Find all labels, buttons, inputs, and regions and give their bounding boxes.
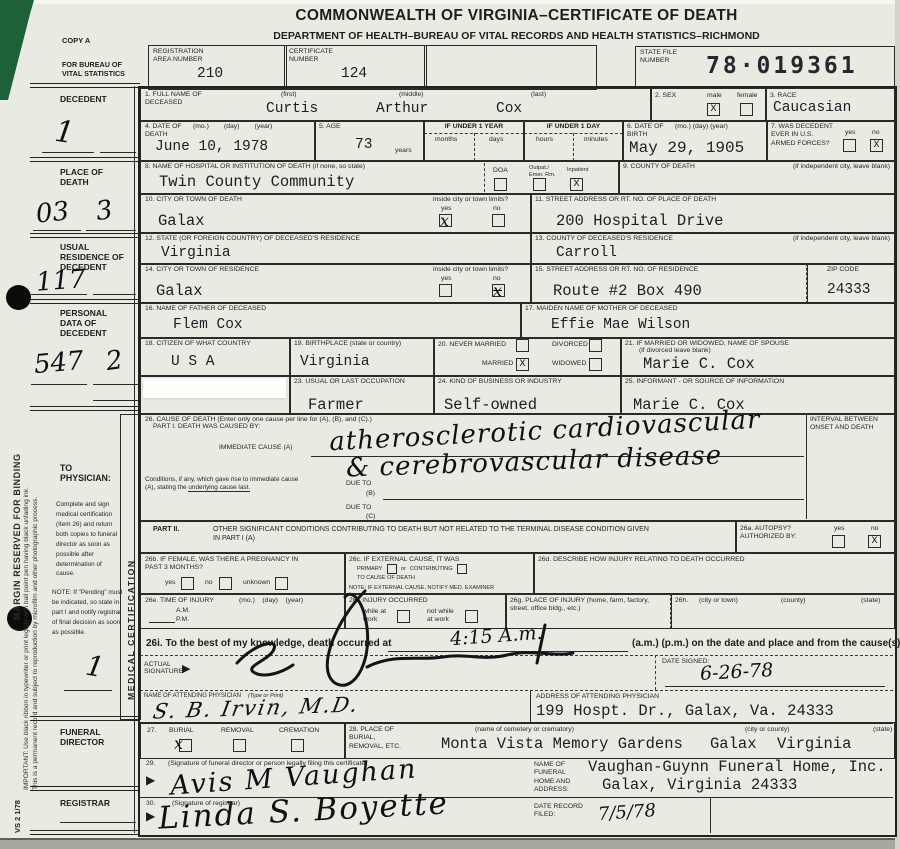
- widowed-checkbox: [589, 358, 602, 371]
- sidebar-code-line: [93, 384, 138, 385]
- margin-permanent-notice: This is a permanent record and subject t…: [32, 497, 39, 790]
- primary-label: PRIMARY: [357, 566, 382, 573]
- contributing-label: CONTRIBUTING: [410, 566, 453, 573]
- sidebar-code-line: [42, 152, 94, 153]
- sidebar-decedent-label: DECEDENT: [60, 94, 107, 104]
- first-name-value: Curtis: [266, 101, 318, 117]
- sidebar-code-line: [33, 230, 81, 231]
- registration-area-label: REGISTRATION AREA NUMBER: [153, 48, 223, 65]
- date-filed-label: DATE RECORD FILED:: [534, 803, 594, 820]
- field-birthplace: 19. BIRTHPLACE (state or country) Virgin…: [289, 337, 435, 377]
- field-place-of-burial: 28. PLACE OF BURIAL, REMOVAL, ETC. (name…: [344, 722, 895, 759]
- punch-hole-top: [6, 285, 31, 310]
- field-part2: PART II. OTHER SIGNIFICANT CONDITIONS CO…: [140, 520, 737, 554]
- interval-label: INTERVAL BETWEEN ONSET AND DEATH: [810, 416, 890, 433]
- field-cause-of-death: 26. CAUSE OF DEATH (Enter only one cause…: [140, 413, 895, 522]
- field-business: 24. KIND OF BUSINESS OR INDUSTRY Self-ow…: [433, 375, 622, 415]
- birthplace-value: Virginia: [300, 354, 370, 370]
- mother-value: Effie Mae Wilson: [551, 317, 690, 333]
- sidebar-registrar-label: REGISTRAR: [60, 798, 110, 808]
- armed-yes-checkbox: [843, 139, 856, 152]
- dob-label: 6. DATE OF BIRTH: [627, 123, 669, 140]
- cemetery-sub: (name of cemetery or crematory): [475, 726, 574, 734]
- funeral-home-name: Vaughan-Guynn Funeral Home, Inc.: [588, 758, 886, 776]
- injury-description-label: 26d. DESCRIBE HOW INJURY RELATING TO DEA…: [538, 556, 745, 564]
- field-autopsy: 26a. AUTOPSY? AUTHORIZED BY: yes no X: [735, 520, 895, 554]
- interval-divider: [806, 414, 807, 519]
- due-to-b-label: DUE TO: [346, 480, 371, 488]
- certificate-title: COMMONWEALTH OF VIRGINIA–CERTIFICATE OF …: [140, 7, 893, 25]
- outpatient-label: Outpat./ Emer. Rm.: [529, 165, 559, 179]
- county-residence-label: 13. COUNTY OF DECEASED'S RESIDENCE: [535, 235, 673, 243]
- due-to-c-label: DUE TO: [346, 504, 371, 512]
- cause-conditions-note: Conditions, if any, which gave rise to i…: [145, 476, 305, 492]
- field-occupation: 23. USUAL OR LAST OCCUPATION Farmer: [289, 375, 435, 415]
- doa-label: DOA: [493, 167, 508, 175]
- widowed-label: WIDOWED: [552, 360, 586, 368]
- physician-address-value: 199 Hospt. Dr., Galax, Va. 24333: [536, 702, 834, 720]
- business-label: 24. KIND OF BUSINESS OR INDUSTRY: [438, 378, 562, 386]
- state-residence-label: 12. STATE (OR FOREIGN COUNTRY) OF DECEAS…: [145, 235, 360, 243]
- margin-binding-notice: MARGIN RESERVED FOR BINDING: [12, 453, 22, 620]
- field-armed-forces: 7. WAS DECEDENT EVER IN U.S. ARMED FORCE…: [766, 120, 895, 162]
- sidebar-code-line: [93, 400, 138, 401]
- burial-city-sub: (city or county): [745, 726, 790, 734]
- county-death-label: 9. COUNTY OF DEATH: [623, 163, 695, 171]
- field-injury-location: 26h. (city or town) (county) (state): [670, 593, 895, 629]
- time-injury-label: 26e. TIME OF INJURY: [145, 597, 214, 605]
- never-married-label: 20. NEVER MARRIED: [438, 341, 506, 349]
- divorced-checkbox: [589, 339, 602, 352]
- injury-county-sub: (county): [781, 597, 806, 605]
- dob-value: May 29, 1905: [629, 139, 744, 157]
- certificate-number-value: 124: [341, 66, 367, 82]
- months-label: months: [435, 136, 457, 144]
- minutes-label: minutes: [584, 136, 608, 144]
- armed-yes-label: yes: [845, 129, 856, 137]
- last-name-value: Cox: [496, 101, 522, 117]
- autopsy-yes-label: yes: [834, 525, 845, 533]
- field-under-one-year: IF UNDER 1 YEAR months days: [423, 120, 525, 162]
- pm-label: P.M.: [176, 616, 189, 624]
- registration-area-value: 210: [197, 66, 223, 82]
- certificate-number-label: CERTIFICATE NUMBER: [289, 48, 349, 65]
- race-value: Caucasian: [773, 100, 851, 116]
- under-day-divider: [573, 133, 574, 161]
- form-inner-edge: [134, 86, 135, 833]
- sidebar-rule: [30, 299, 140, 304]
- field-father: 16. NAME OF FATHER OF DECEASED Flem Cox: [140, 302, 522, 339]
- field-city-of-death: 10. CITY OR TOWN OF DEATH inside city or…: [140, 193, 532, 234]
- armed-no-label: no: [872, 129, 880, 137]
- registrar-number: 30.: [146, 800, 155, 808]
- sidebar-personal-code1: 547: [33, 346, 85, 380]
- informant-label: 25. INFORMANT - OR SOURCE OF INFORMATION: [625, 378, 784, 386]
- death-occurred-suffix: (a.m.) (p.m.) on the date and place and …: [632, 638, 900, 649]
- sidebar-personal-code2: 2: [104, 345, 125, 377]
- city-residence-value: Galax: [156, 282, 203, 300]
- married-label: MARRIED: [482, 360, 513, 368]
- burial-city-value: Galax: [710, 735, 757, 753]
- immediate-cause-label: IMMEDIATE CAUSE (A): [219, 444, 293, 452]
- cremation-checkbox: [291, 739, 304, 752]
- part2-text: OTHER SIGNIFICANT CONDITIONS CONTRIBUTIN…: [213, 526, 653, 544]
- funeral-home-label: NAME OF FUNERAL HOME AND ADDRESS:: [534, 761, 586, 795]
- autopsy-label2: AUTHORIZED BY:: [740, 533, 797, 541]
- sidebar-physician-note: Complete and sign medical certification …: [56, 500, 122, 579]
- field-disposition: 27. BURIAL REMOVAL CREMATION x: [140, 722, 346, 759]
- field-fullname: 1. FULL NAME OF DECEASED (first) (middle…: [140, 88, 652, 122]
- sidebar-place-label: PLACE OF DEATH: [60, 167, 122, 187]
- field-zip: ZIP CODE 24333: [806, 263, 895, 304]
- city-death-no-checkbox: [492, 214, 505, 227]
- certificate-number-box: CERTIFICATE NUMBER 124: [284, 45, 427, 90]
- sidebar-code-line: [93, 294, 136, 295]
- first-sub: (first): [281, 91, 296, 99]
- field-sex: 2. SEX male female X: [650, 88, 767, 122]
- citizen-label: 18. CITIZEN OF WHAT COUNTRY: [145, 340, 251, 348]
- physician-divider: [530, 690, 531, 722]
- injury-location-label: 26h.: [675, 597, 688, 605]
- cause-part1-label: PART I. DEATH WAS CAUSED BY:: [153, 423, 260, 431]
- street-residence-label: 15. STREET ADDRESS OR RT. NO. OF RESIDEN…: [535, 266, 698, 274]
- dob-sub: (mo.) (day) (year): [675, 123, 728, 131]
- pregnancy-label: 26b. IF FEMALE, WAS THERE A PREGNANCY IN…: [145, 556, 315, 573]
- sidebar-code-line: [31, 294, 87, 295]
- field-ssn-redacted: [140, 375, 291, 415]
- sidebar-physician-code: 1: [83, 649, 106, 685]
- ssn-whiteout: [143, 378, 286, 398]
- sidebar-personal-label: PERSONAL DATA OF DECEDENT: [60, 308, 126, 338]
- sidebar-code-line: [31, 384, 87, 385]
- hospital-label: 8. NAME OF HOSPITAL OR INSTITUTION OF DE…: [145, 163, 365, 171]
- birthplace-label: 19. BIRTHPLACE (state or country): [294, 340, 424, 348]
- state-residence-value: Virginia: [161, 245, 231, 261]
- to-cause-label: TO CAUSE OF DEATH: [357, 575, 415, 582]
- sidebar-residence-code: 117: [35, 264, 87, 297]
- actual-signature-label2: SIGNATURE: [144, 668, 183, 676]
- registrar-arrow-icon: ▶: [146, 809, 155, 823]
- death-certificate-scan: MARGIN RESERVED FOR BINDING IMPORTANT: U…: [0, 0, 900, 849]
- b-label: (B): [366, 490, 375, 498]
- inpatient-label: Inpatient: [567, 167, 588, 174]
- business-value: Self-owned: [444, 396, 537, 414]
- armed-no-checkbox: X: [870, 139, 883, 152]
- date-death-sub: (mo.) (day) (year): [193, 123, 272, 131]
- city-death-no-label: no: [493, 205, 501, 213]
- fullname-label: 1. FULL NAME OF DECEASED: [145, 91, 211, 108]
- county-residence-value: Carroll: [556, 245, 617, 261]
- registrar-row: 30. (Signature of registrar) ▶ Linda S. …: [140, 797, 893, 833]
- copy-label: COPY A: [62, 36, 90, 45]
- certificate-subtitle: DEPARTMENT OF HEALTH–BUREAU OF VITAL REC…: [140, 30, 893, 42]
- street-death-value: 200 Hospital Drive: [556, 212, 723, 230]
- street-death-label: 11. STREET ADDRESS OR RT. NO. OF PLACE O…: [535, 196, 716, 204]
- burial-state-value: Virginia: [777, 735, 851, 753]
- state-file-value: 78·019361: [706, 53, 858, 79]
- days-label: days: [489, 136, 503, 144]
- occupation-value: Farmer: [308, 396, 364, 414]
- hours-label: hours: [536, 136, 553, 144]
- doa-checkbox: [494, 178, 507, 191]
- scan-top-edge: [0, 0, 900, 4]
- city-death-value: Galax: [158, 212, 205, 230]
- city-residence-yes-checkbox: [439, 284, 452, 297]
- signature-arrow-icon: ▶: [182, 662, 190, 675]
- sidebar-place-code1: 03: [35, 196, 71, 229]
- pregnancy-no-label: no: [205, 579, 213, 587]
- removal-checkbox: [233, 739, 246, 752]
- age-unit: years: [395, 147, 412, 155]
- funeral-arrow-icon: ▶: [146, 773, 155, 787]
- disposition-label: 27.: [147, 727, 156, 735]
- under-year-label: IF UNDER 1 YEAR: [424, 123, 524, 131]
- sidebar-code-line: [100, 152, 136, 153]
- pregnancy-yes-checkbox: [181, 577, 194, 590]
- field-street-of-death: 11. STREET ADDRESS OR RT. NO. OF PLACE O…: [530, 193, 895, 234]
- under-year-divider: [474, 133, 475, 161]
- field-mother: 17. MAIDEN NAME OF MOTHER OF DECEASED Ef…: [520, 302, 895, 339]
- cemetery-value: Monta Vista Memory Gardens: [441, 735, 683, 753]
- city-residence-no-mark: x: [493, 281, 502, 300]
- field-age: 5. AGE 73 years: [314, 120, 425, 162]
- middle-name-value: Arthur: [376, 101, 428, 117]
- zip-label: ZIP CODE: [827, 266, 859, 274]
- last-sub: (last): [531, 91, 546, 99]
- city-death-limits-label: inside city or town limits?: [433, 196, 508, 204]
- injury-state-sub: (state): [861, 597, 880, 605]
- field-date-of-birth: 6. DATE OF BIRTH (mo.) (day) (year) May …: [622, 120, 768, 162]
- physician-address-label: ADDRESS OF ATTENDING PHYSICIAN: [536, 693, 659, 701]
- city-residence-label: 14. CITY OR TOWN OF RESIDENCE: [145, 266, 259, 274]
- sex-label: 2. SEX: [655, 92, 676, 100]
- county-death-paren: (if independent city, leave blank): [793, 163, 890, 171]
- field-citizen: 18. CITIZEN OF WHAT COUNTRY U S A: [140, 337, 291, 377]
- primary-checkbox: [387, 564, 397, 574]
- field-under-one-day: IF UNDER 1 DAY hours minutes: [523, 120, 624, 162]
- city-death-label: 10. CITY OR TOWN OF DEATH: [145, 196, 242, 204]
- sex-male-checkbox: X: [707, 103, 720, 116]
- inpatient-checkbox: X: [570, 178, 583, 191]
- field-city-residence: 14. CITY OR TOWN OF RESIDENCE inside cit…: [140, 263, 532, 304]
- pregnancy-yes-label: yes: [165, 579, 176, 587]
- sidebar-rule: [30, 83, 140, 88]
- top-spare-box: [424, 45, 597, 90]
- funeral-director-row: 29. (Signature of funeral director or pe…: [140, 757, 893, 798]
- state-file-box: STATE FILE NUMBER 78·019361: [635, 46, 895, 89]
- under-day-label: IF UNDER 1 DAY: [524, 123, 623, 131]
- city-residence-limits-label: inside city or town limits?: [433, 266, 508, 274]
- cremation-label: CREMATION: [279, 727, 319, 735]
- sidebar-place-code2: 3: [94, 195, 115, 227]
- autopsy-no-label: no: [871, 525, 879, 533]
- sex-female-checkbox: [740, 103, 753, 116]
- outpatient-checkbox: [533, 178, 546, 191]
- autopsy-no-checkbox: X: [868, 535, 881, 548]
- armed-forces-label: 7. WAS DECEDENT EVER IN U.S. ARMED FORCE…: [771, 123, 835, 148]
- sidebar-to-physician-label: TO PHYSICIAN:: [60, 463, 124, 483]
- part2-label: PART II.: [153, 526, 179, 535]
- date-signed-value: 6-26-78: [699, 659, 773, 685]
- state-file-label: STATE FILE NUMBER: [640, 49, 688, 66]
- burial-state-sub: (state): [873, 726, 892, 734]
- sidebar-decedent-code: 1: [53, 114, 77, 151]
- funeral-sig-number: 29.: [146, 760, 155, 768]
- sidebar-rule: [30, 786, 140, 791]
- city-death-yes-mark: x: [440, 211, 449, 230]
- or-label: or: [401, 566, 406, 573]
- field-marital-status: 20. NEVER MARRIED DIVORCED MARRIED X WID…: [433, 337, 622, 377]
- married-checkbox: X: [516, 358, 529, 371]
- divorced-label: DIVORCED: [552, 341, 588, 349]
- field-state-residence: 12. STATE (OR FOREIGN COUNTRY) OF DECEAS…: [140, 232, 532, 265]
- field-spouse: 21. IF MARRIED OR WIDOWED, NAME OF SPOUS…: [620, 337, 895, 377]
- spouse-value: Marie C. Cox: [643, 355, 755, 373]
- attending-physician-signature: [215, 585, 655, 697]
- external-cause-label: 26c. IF EXTERNAL CAUSE, IT WAS: [349, 556, 459, 564]
- place-burial-label: 28. PLACE OF BURIAL, REMOVAL, ETC.: [349, 726, 401, 751]
- sidebar-rule: [30, 157, 140, 162]
- hospital-value: Twin County Community: [159, 173, 354, 191]
- street-residence-value: Route #2 Box 490: [553, 282, 702, 300]
- age-label: 5. AGE: [319, 123, 341, 131]
- cause-line-b-rule: [383, 499, 804, 500]
- father-value: Flem Cox: [173, 317, 243, 333]
- city-residence-yes-label: yes: [441, 275, 452, 283]
- sidebar-code-line: [64, 690, 112, 691]
- sidebar-funeral-label: FUNERAL DIRECTOR: [60, 727, 120, 747]
- field-county-of-death: 9. COUNTY OF DEATH (if independent city,…: [618, 160, 895, 195]
- funeral-home-address: Galax, Virginia 24333: [602, 776, 797, 794]
- age-value: 73: [355, 137, 372, 153]
- sidebar-code-line: [60, 822, 136, 823]
- field-race: 3. RACE Caucasian: [765, 88, 895, 122]
- citizen-value: U S A: [171, 354, 215, 370]
- occupation-label: 23. USUAL OR LAST OCCUPATION: [294, 378, 405, 386]
- sidebar-rule: [30, 233, 140, 238]
- removal-label: REMOVAL: [221, 727, 254, 735]
- am-label: A.M.: [176, 607, 190, 615]
- scan-bottom-edge: [0, 838, 900, 849]
- sidebar-code-line: [86, 230, 136, 231]
- conditions-text-b: underlying cause last.: [188, 484, 250, 492]
- pm-rule: [149, 622, 175, 623]
- mother-label: 17. MAIDEN NAME OF MOTHER OF DECEASED: [525, 305, 678, 313]
- margin-important-notice: IMPORTANT: Use black ribbon in typewrite…: [23, 487, 30, 790]
- sidebar-pending-note: NOTE: If "Pending" must be indicated, so…: [52, 588, 124, 638]
- registrar-divider: [710, 797, 711, 833]
- date-death-value: June 10, 1978: [155, 139, 268, 155]
- date-filed-value: 7/5/78: [597, 800, 656, 825]
- autopsy-yes-checkbox: [832, 535, 845, 548]
- registration-area-box: REGISTRATION AREA NUMBER 210: [148, 45, 287, 90]
- zip-value: 24333: [827, 282, 871, 298]
- sidebar-rule: [30, 406, 140, 411]
- date-signed-divider: [655, 655, 656, 690]
- sidebar-rule: [30, 830, 140, 835]
- field-county-residence: 13. COUNTY OF DECEASED'S RESIDENCE (if i…: [530, 232, 895, 265]
- date-death-label: 4. DATE OF DEATH: [145, 123, 189, 140]
- physician-row: NAME OF ATTENDING PHYSICIAN (Type or Pri…: [140, 690, 893, 724]
- sex-female-label: female: [737, 92, 757, 100]
- county-residence-paren: (if independent city, leave blank): [793, 235, 890, 243]
- hospital-divider: [484, 163, 485, 192]
- bureau-label: FOR BUREAU OF VITAL STATISTICS: [62, 60, 132, 78]
- date-signed-rule: [665, 686, 885, 687]
- sex-male-label: male: [707, 92, 722, 100]
- burial-mark: x: [174, 734, 183, 753]
- field-hospital: 8. NAME OF HOSPITAL OR INSTITUTION OF DE…: [140, 160, 620, 195]
- contributing-checkbox: [457, 564, 467, 574]
- father-label: 16. NAME OF FATHER OF DECEASED: [145, 305, 266, 313]
- middle-sub: (middle): [399, 91, 424, 99]
- field-date-of-death: 4. DATE OF DEATH (mo.) (day) (year) June…: [140, 120, 316, 162]
- field-street-residence: 15. STREET ADDRESS OR RT. NO. OF RESIDEN…: [530, 263, 808, 304]
- form-number: VS 2 1/78: [13, 800, 22, 833]
- injury-city-sub: (city or town): [699, 597, 738, 605]
- never-married-checkbox: [516, 339, 529, 352]
